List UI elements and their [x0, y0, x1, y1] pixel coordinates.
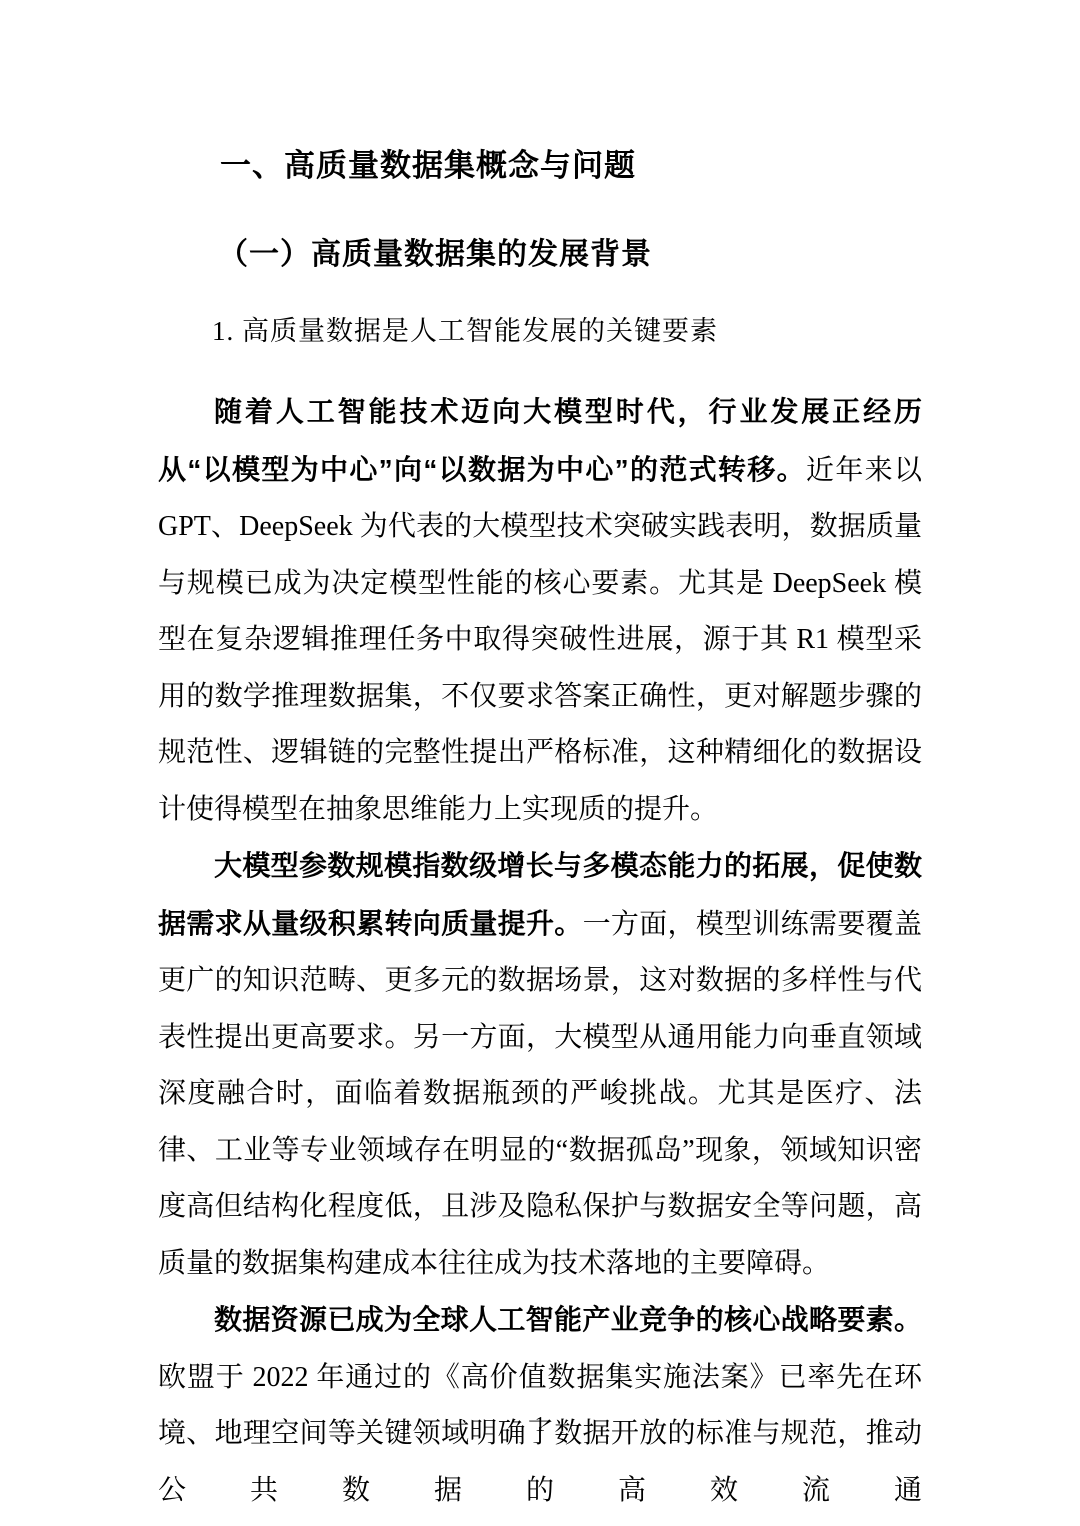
numbered-item-heading: 1. 高质量数据是人工智能发展的关键要素: [158, 318, 922, 345]
paragraph-1: 随着人工智能技术迈向大模型时代，行业发展正经历从“以模型为中心”向“以数据为中心…: [158, 384, 922, 838]
document-body: 随着人工智能技术迈向大模型时代，行业发展正经历从“以模型为中心”向“以数据为中心…: [158, 384, 922, 1519]
paragraph-3-emphasis: 数据资源已成为全球人工智能产业竞争的核心战略要素。: [214, 1304, 922, 1335]
paragraph-3: 数据资源已成为全球人工智能产业竞争的核心战略要素。欧盟于 2022 年通过的《高…: [158, 1292, 922, 1519]
document-page: 一、高质量数据集概念与问题 （一）高质量数据集的发展背景 1. 高质量数据是人工…: [0, 0, 1080, 1526]
paragraph-2: 大模型参数规模指数级增长与多模态能力的拓展，促使数据需求从量级积累转向质量提升。…: [158, 838, 922, 1292]
section-heading: 一、高质量数据集概念与问题: [158, 150, 922, 182]
page-number: 1: [0, 1412, 1080, 1436]
subsection-heading: （一）高质量数据集的发展背景: [158, 240, 922, 270]
paragraph-2-text: 一方面，模型训练需要覆盖更广的知识范畴、更多元的数据场景，这对数据的多样性与代表…: [158, 909, 922, 1279]
paragraph-1-text: 近年来以 GPT、DeepSeek 为代表的大模型技术突破实践表明，数据质量与规…: [158, 455, 922, 825]
